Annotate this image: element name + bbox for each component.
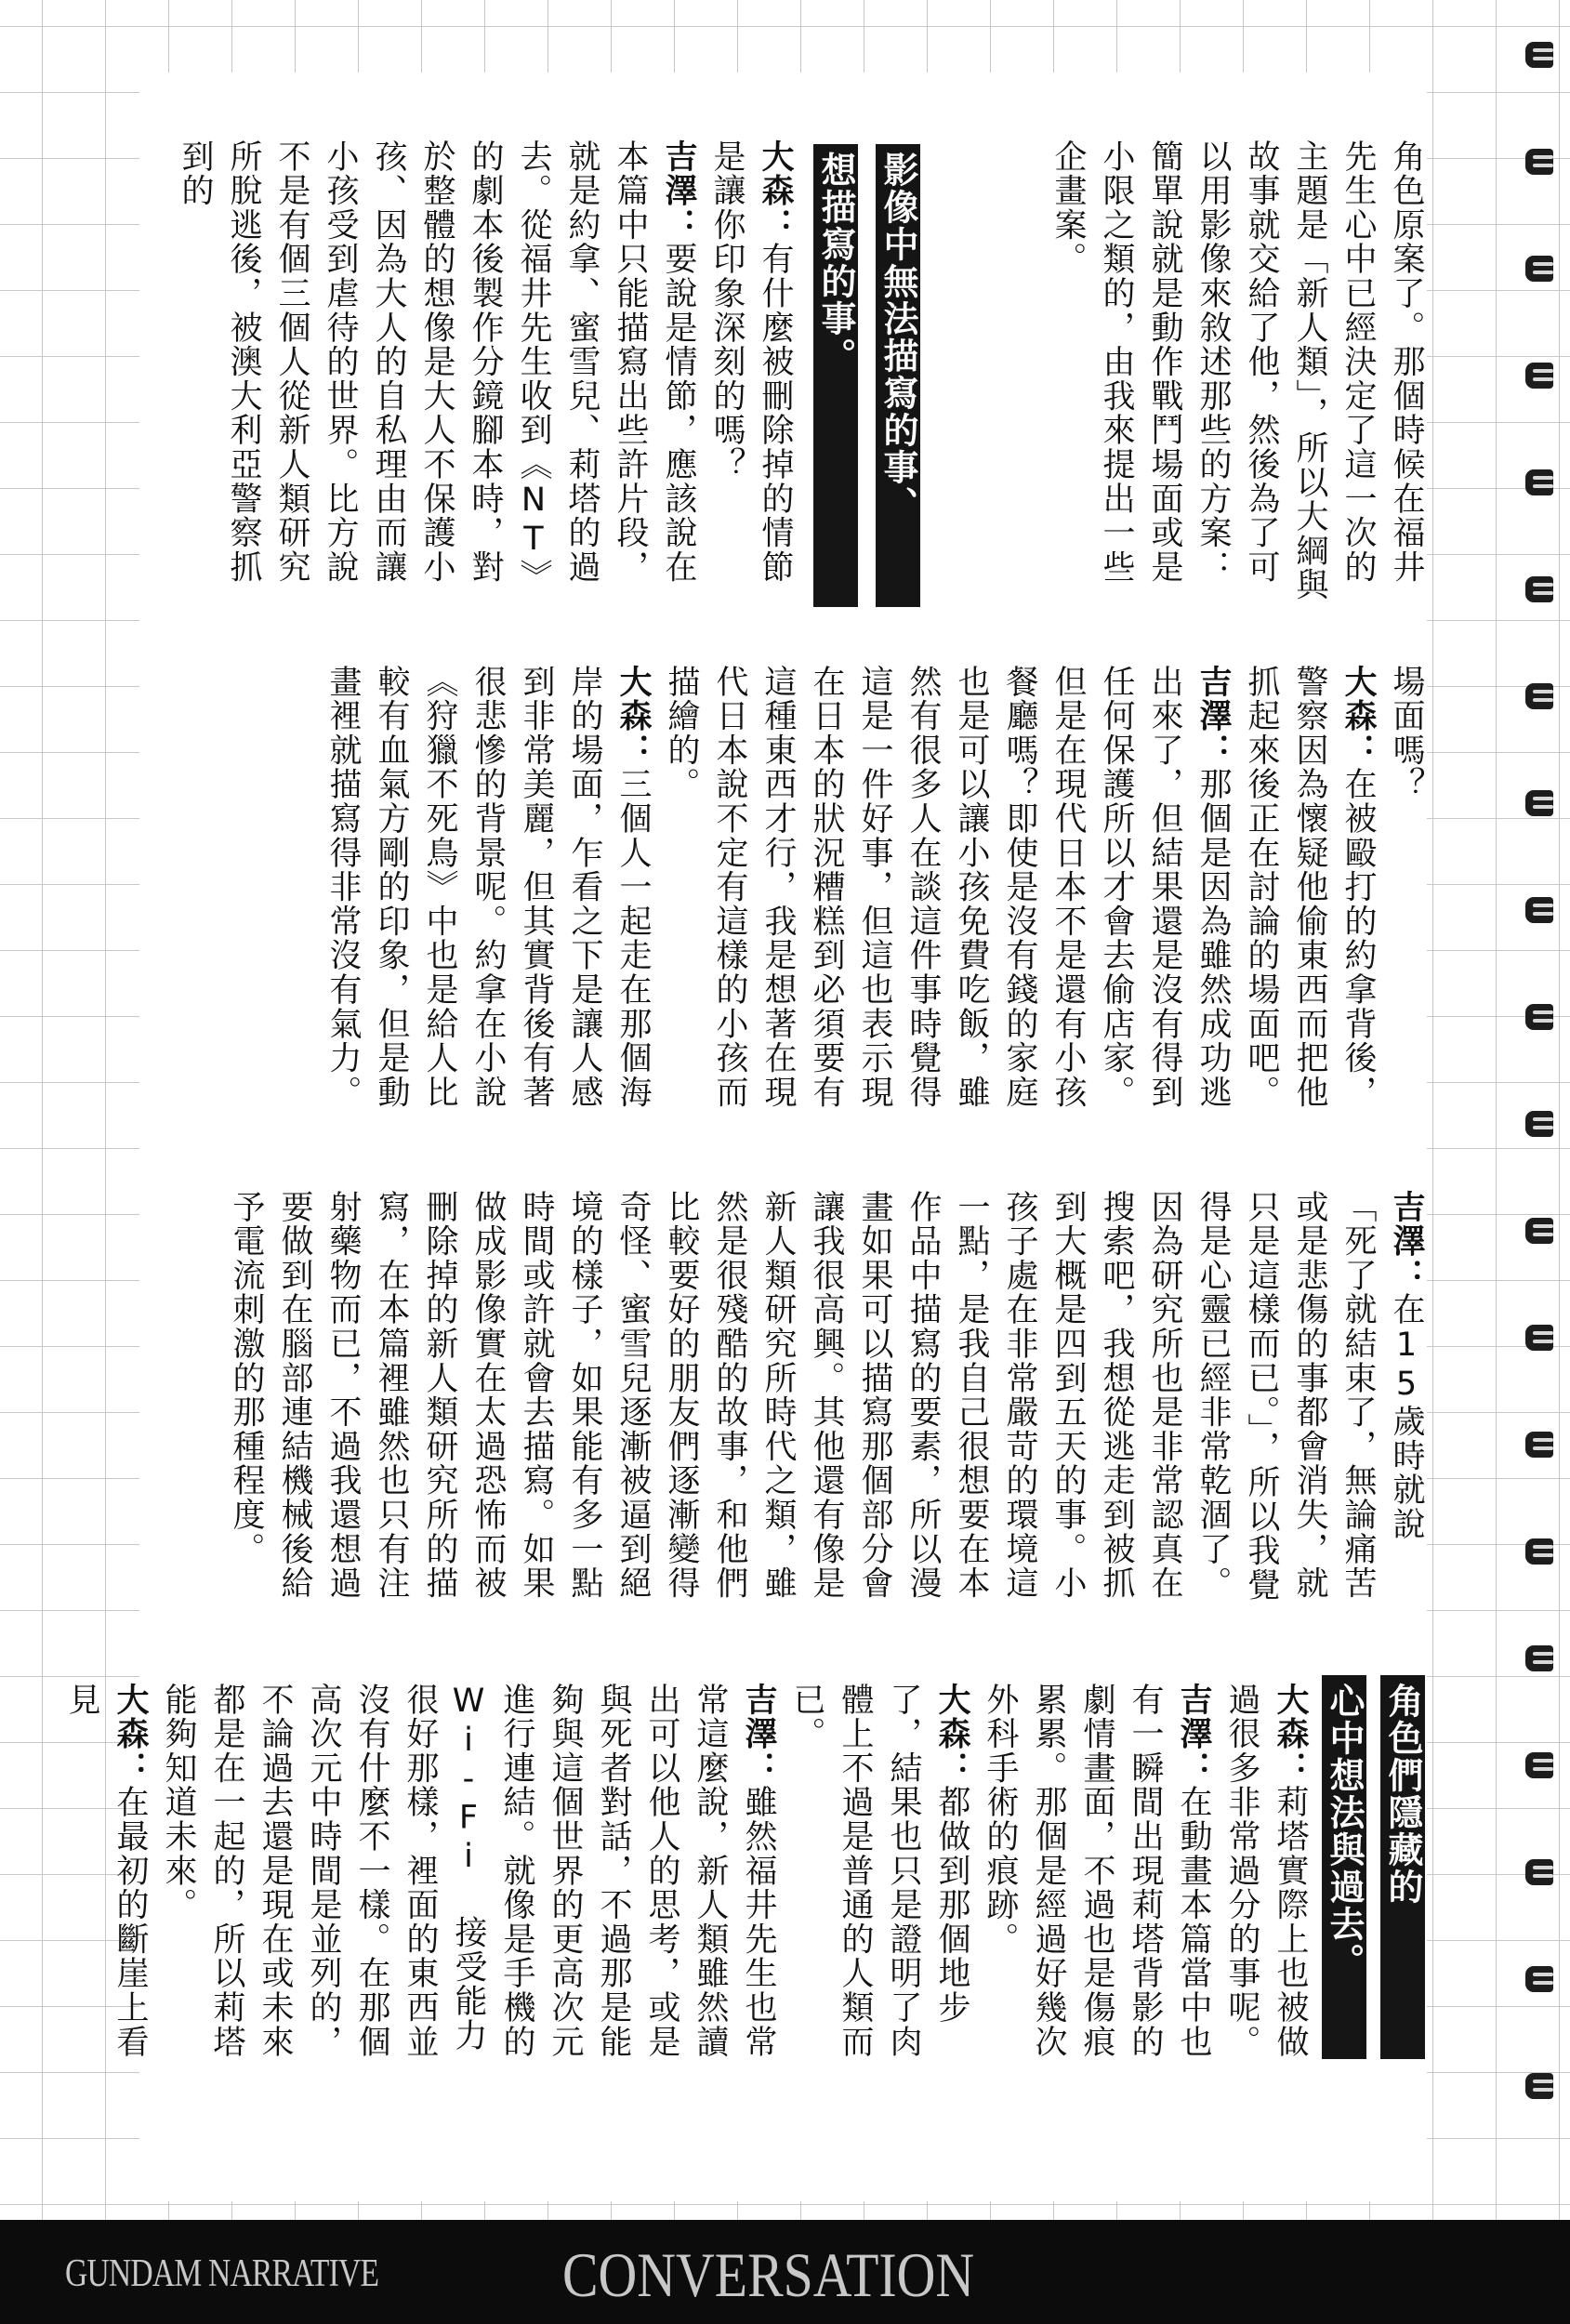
text-band-1a: 角色原案了。那個時候在福井先生心中已經決定了這一次的主題是「新人類」，所以大綱與…	[1012, 139, 1431, 614]
ring-icon	[1525, 1645, 1553, 1671]
ring-icon	[1525, 897, 1553, 923]
speaker-omori: 大森：	[1339, 665, 1377, 767]
dialogue-omori: 大森：三個人一起走在那個海岸的場面，乍看之下是讓人感到非常美麗，但其實背後有著很…	[319, 665, 657, 1139]
speaker-yoshizawa: 吉澤：	[740, 1683, 777, 1785]
ring-icon	[1525, 1538, 1553, 1565]
ring-icon	[1525, 1752, 1553, 1778]
dialogue-omori: 大森：在最初的斷崖上看見	[58, 1683, 154, 2078]
dialogue-omori: 大森：在被毆打的約拿背後，警察因為懷疑他偷東西而把他抓起來後正在討論的場面吧。	[1237, 665, 1382, 1139]
ring-icon	[1525, 576, 1553, 602]
ring-icon	[1525, 683, 1553, 709]
speaker-omori: 大森：	[757, 139, 794, 242]
ring-icon	[1525, 42, 1553, 68]
ring-icon	[1525, 1111, 1553, 1137]
text-band-1b: 大森：有什麼被刪除掉的情節是讓你印象深刻的嗎？ 吉澤：要說是情節，應該說在本篇中…	[149, 139, 799, 614]
dialogue-omori: 大森：都做到那個地步了，結果也只是證明了肉體上不過是普通的人類而已。	[783, 1683, 976, 2078]
dialogue-omori: 大森：莉塔實際上也被做過很多非常過分的事呢。	[1218, 1683, 1314, 2078]
dialogue-yoshizawa: 吉澤：那個是因為雖然成功逃出來了，但結果還是沒有得到任何保護所以才會去偷店家。但…	[657, 665, 1237, 1139]
footer-subtitle: GUNDAM NARRATIVE	[65, 2251, 378, 2296]
section-heading-2-line2: 心中想法與過去。	[1322, 1675, 1366, 2059]
dialogue-yoshizawa: 吉澤：雖然福井先生也常常這麼說，新人類雖然讀出可以他人的思考，或是與死者對話，不…	[154, 1683, 783, 2078]
dialogue-yoshizawa: 吉澤：在15歲時就說「死了就結束了，無論痛苦或是悲傷的事都會消失，就只是這樣而已…	[222, 1190, 1431, 1608]
ring-icon	[1525, 1004, 1553, 1030]
ring-icon	[1525, 2073, 1553, 2099]
ring-icon	[1525, 1325, 1553, 1351]
ring-icon	[1525, 363, 1553, 389]
text-band-2: 場面嗎？ 大森：在被毆打的約拿背後，警察因為懷疑他偷東西而把他抓起來後正在討論的…	[143, 665, 1431, 1139]
dialogue-omori: 大森：有什麼被刪除掉的情節是讓你印象深刻的嗎？	[703, 139, 799, 614]
speaker-yoshizawa: 吉澤：	[1175, 1683, 1212, 1785]
speaker-yoshizawa: 吉澤：	[660, 139, 697, 242]
section-heading-1-line2: 想描寫的事。	[813, 144, 858, 607]
speaker-omori: 大森：	[933, 1683, 970, 1785]
footer-title: CONVERSATION	[562, 2238, 974, 2312]
speaker-yoshizawa: 吉澤：	[1388, 1190, 1425, 1292]
paragraph: 角色原案了。那個時候在福井先生心中已經決定了這一次的主題是「新人類」，所以大綱與…	[1044, 139, 1431, 614]
section-heading-2-line1: 角色們隱藏的	[1380, 1675, 1425, 2059]
ring-icon	[1525, 790, 1553, 816]
section-heading-1-line1: 影像中無法描寫的事、	[876, 144, 920, 607]
speaker-yoshizawa: 吉澤：	[1194, 665, 1232, 767]
speaker-omori: 大森：	[112, 1683, 149, 1785]
ring-icon	[1525, 1859, 1553, 1885]
speaker-omori: 大森：	[614, 665, 652, 767]
ring-icon	[1525, 1432, 1553, 1458]
ring-icon	[1525, 1966, 1553, 1992]
dialogue-yoshizawa: 吉澤：在動畫本篇當中也有一瞬間出現莉塔背影的劇情畫面，不過也是傷痕累累。那個是經…	[976, 1683, 1218, 2078]
paragraph: 場面嗎？	[1382, 665, 1431, 1139]
ring-icon	[1525, 1218, 1553, 1244]
text-band-3: 吉澤：在15歲時就說「死了就結束了，無論痛苦或是悲傷的事都會消失，就只是這樣而已…	[143, 1190, 1431, 1608]
ring-icon	[1525, 256, 1553, 282]
text-band-4: 大森：莉塔實際上也被做過很多非常過分的事呢。 吉澤：在動畫本篇當中也有一瞬間出現…	[139, 1683, 1314, 2078]
speaker-omori: 大森：	[1272, 1683, 1309, 1785]
ring-icon	[1525, 469, 1553, 495]
dialogue-yoshizawa: 吉澤：要說是情節，應該說在本篇中只能描寫出些許片段，就是約拿、蜜雪兒、莉塔的過去…	[171, 139, 703, 614]
ring-icon	[1525, 149, 1553, 175]
